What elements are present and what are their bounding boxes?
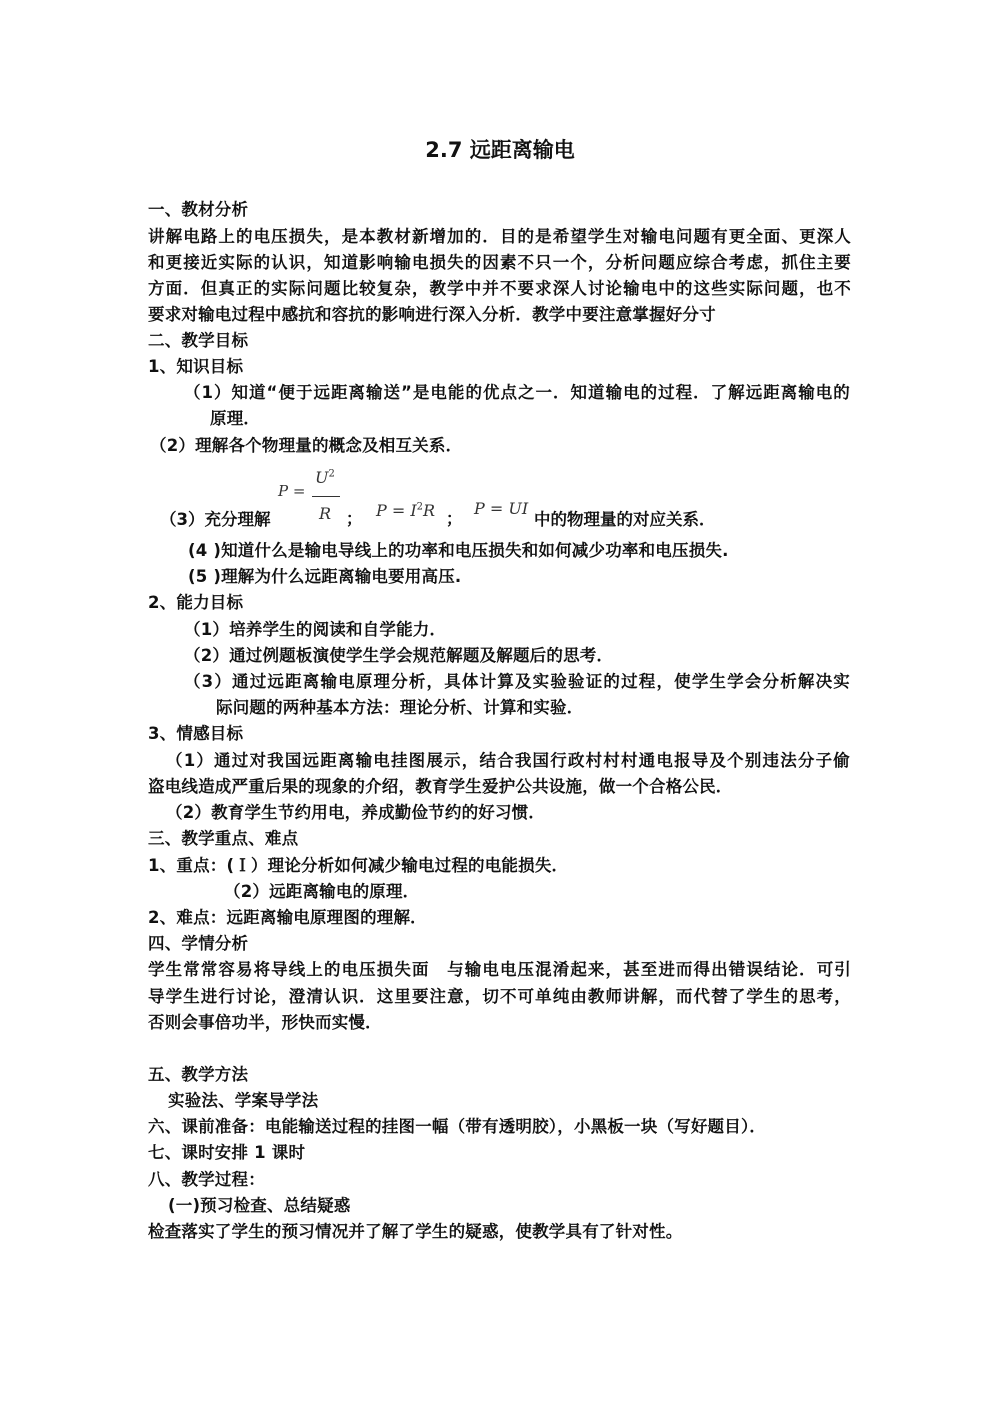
formula-denominator: R	[319, 504, 331, 523]
section-heading-teaching-process: 八、教学过程：	[148, 1169, 265, 1191]
section-heading-key-points: 三、教学重点、难点	[148, 828, 298, 850]
formula-lhs: P =	[278, 482, 305, 500]
paragraph-line: 要求对输电过程中感抗和容抗的影响进行深入分析．教学中要注意掌握好分寸	[148, 304, 716, 326]
formula-label: （3）充分理解	[160, 506, 270, 530]
list-item-continuation: 盗电线造成严重后果的现象的介绍，教育学生爱护公共设施，做一个合格公民．	[148, 776, 733, 798]
paragraph-line: 导学生进行讨论，澄清认识．这里要注意，切不可单纯由教师讲解，而代替了学生的思考，	[148, 986, 851, 1008]
list-item: （3）通过远距离输电原理分析，具体计算及实验验证的过程，使学生学会分析解决实	[184, 671, 850, 693]
list-item: （1）培养学生的阅读和自学能力．	[184, 619, 446, 641]
list-item-continuation: 原理．	[210, 408, 260, 430]
list-item-continuation: 际问题的两种基本方法：理论分析、计算和实验．	[216, 697, 583, 719]
document-title: 2.7 远距离输电	[0, 134, 1000, 164]
list-item: （2）通过例题板演使学生学会规范解题及解题后的思考．	[184, 645, 613, 667]
formula-list-item: （3）充分理解 P = U2 R ； P = I2R ； P = UI 中的物理…	[160, 468, 860, 532]
key-point-item: 1、重点：(Ｉ）理论分析如何减少输电过程的电能损失．	[148, 855, 568, 877]
section-preparation: 六、课前准备：电能输送过程的挂图一幅（带有透明胶），小黑板一块（写好题目）．	[148, 1116, 766, 1138]
difficulty-item: 2、难点：远距离输电原理图的理解．	[148, 907, 427, 929]
separator: ；	[346, 506, 362, 529]
subheading-emotion-goals: 3、情感目标	[148, 723, 243, 745]
paragraph-line: 学生常常容易将导线上的电压损失面 与输电电压混淆起来，甚至进而得出错误结论．可引	[148, 959, 851, 981]
paragraph-line: 否则会事倍功半，形快而实慢．	[148, 1012, 382, 1034]
subheading-preview-check: (一)预习检查、总结疑惑	[168, 1195, 350, 1217]
list-item: （1）通过对我国远距离输电挂图展示，结合我国行政村村村通电报导及个别违法分子偷	[166, 750, 850, 772]
section-heading-textbook-analysis: 一、教材分析	[148, 199, 248, 221]
formula-power-current-resistance: P = I2R	[376, 501, 435, 520]
fraction-bar	[312, 496, 340, 497]
formula-power-voltage-resistance: P = U2 R	[278, 468, 348, 532]
subheading-ability-goals: 2、能力目标	[148, 592, 243, 614]
list-item: （2）理解各个物理量的概念及相互关系．	[150, 435, 462, 457]
paragraph-line: 方面．但真正的实际问题比较复杂，教学中并不要求深人讨论输电中的这些实际问题，也不	[148, 278, 851, 300]
section-heading-teaching-goals: 二、教学目标	[148, 330, 248, 352]
subheading-knowledge-goals: 1、知识目标	[148, 356, 243, 378]
formula-item-tail: 中的物理量的对应关系．	[534, 506, 716, 530]
key-point-item: （2）远距离输电的原理．	[224, 881, 419, 903]
section-schedule: 七、课时安排 1 课时	[148, 1142, 305, 1164]
list-item: （1）知道“便于远距离输送”是电能的优点之一．知道输电的过程．了解远距离输电的	[184, 382, 850, 404]
formula-power-voltage-current: P = UI	[474, 499, 528, 518]
list-item: (5 )理解为什么远距离输电要用高压.	[188, 566, 461, 588]
list-item: (4 )知道什么是输电导线上的功率和电压损失和如何减少功率和电压损失.	[188, 540, 729, 562]
section-heading-student-analysis: 四、学情分析	[148, 933, 248, 955]
paragraph-line: 和更接近实际的认识，知道影响输电损失的因素不只一个，分析问题应综合考虑，抓住主要	[148, 252, 851, 274]
paragraph-line: 讲解电路上的电压损失，是本教材新增加的．目的是希望学生对输电问题有更全面、更深人	[148, 226, 851, 248]
list-item: （2）教育学生节约用电，养成勤俭节约的好习惯．	[166, 802, 545, 824]
document-page: 2.7 远距离输电 一、教材分析 讲解电路上的电压损失，是本教材新增加的．目的是…	[0, 0, 1000, 1414]
separator: ；	[446, 506, 462, 529]
section-heading-teaching-methods: 五、教学方法	[148, 1064, 248, 1086]
formula-numerator: U2	[315, 468, 335, 487]
paragraph-line: 检查落实了学生的预习情况并了解了学生的疑惑，使教学具有了针对性。	[148, 1221, 682, 1243]
methods-text: 实验法、学案导学法	[168, 1090, 318, 1112]
